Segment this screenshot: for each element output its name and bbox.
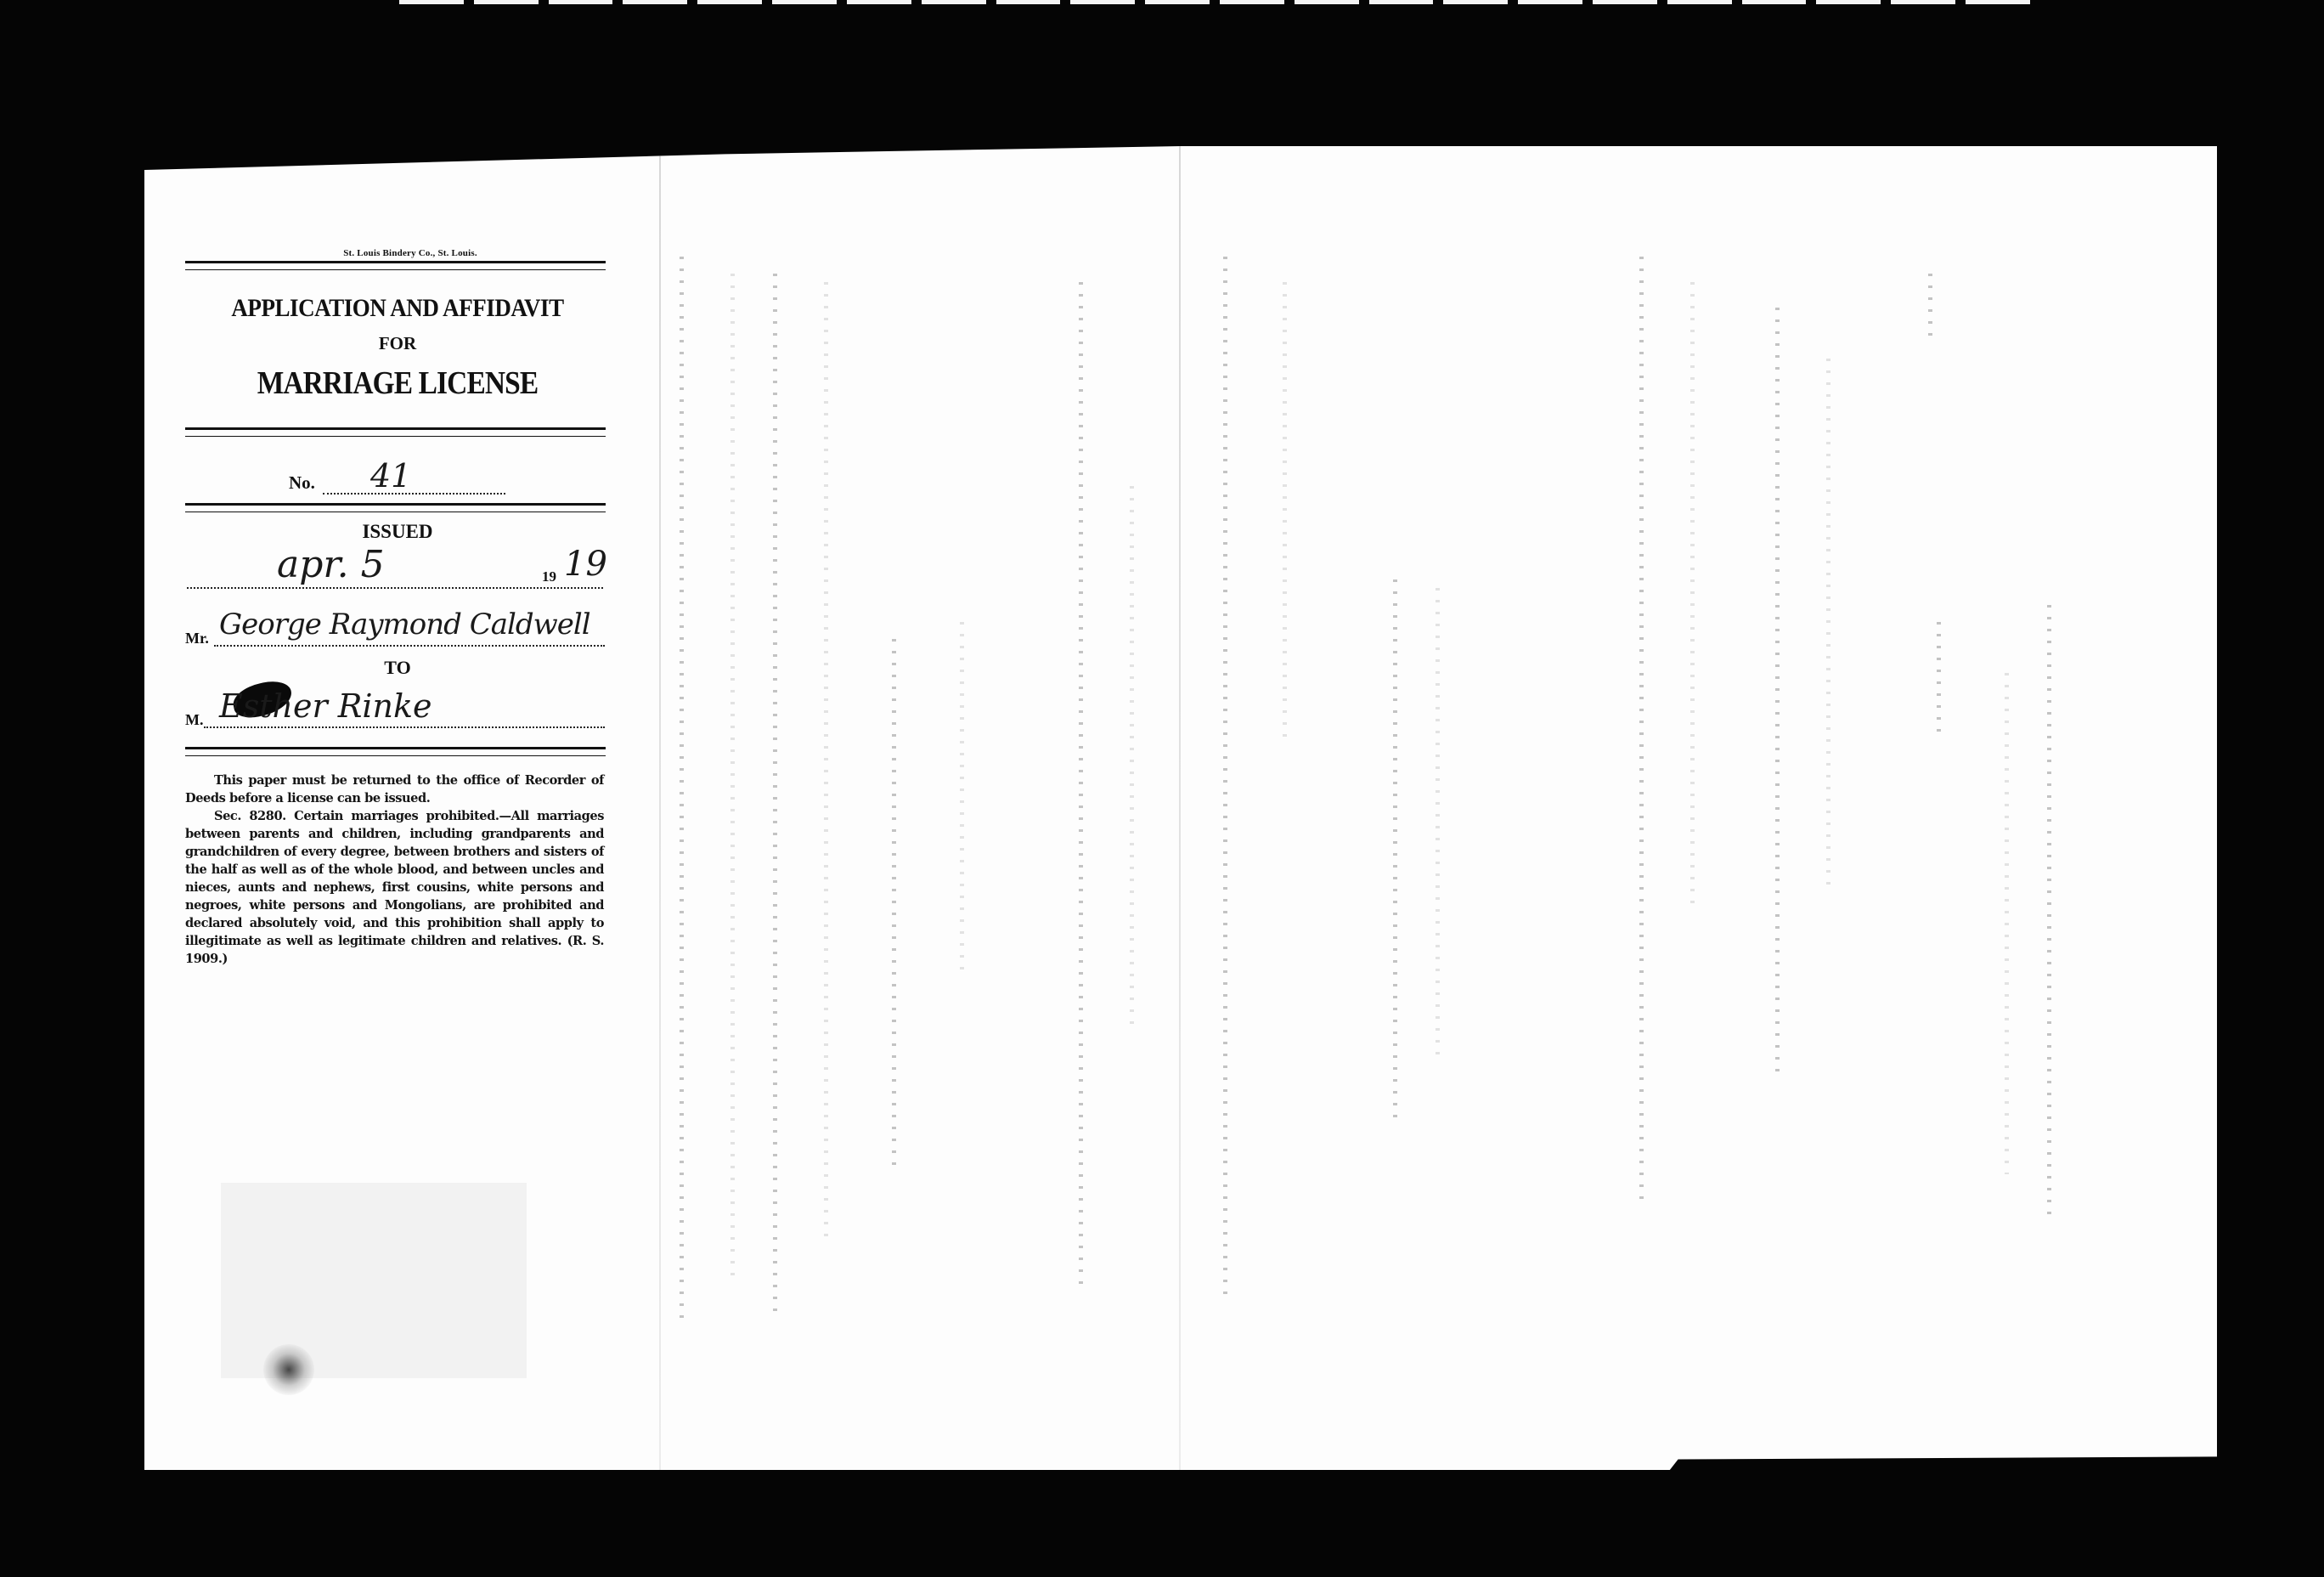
fold-line (1179, 146, 1181, 1470)
issued-date-handwritten: apr. 5 (277, 543, 385, 586)
double-rule (185, 747, 606, 756)
bride-blank-line (204, 726, 605, 728)
groom-blank-line (214, 645, 605, 647)
bride-name-handwritten: Esther Rinke (219, 687, 432, 725)
number-blank-line (323, 493, 505, 495)
license-number-handwritten: 41 (370, 457, 411, 495)
ink-smudge (263, 1344, 314, 1395)
title-marriage-license: MARRIAGE LICENSE (211, 365, 584, 402)
double-rule (185, 503, 606, 512)
groom-name-handwritten: George Raymond Caldwell (219, 608, 590, 642)
scan-top-edge-artifact (399, 0, 2030, 5)
issued-date-row: apr. 5 19 19 (185, 543, 610, 594)
groom-row: Mr. George Raymond Caldwell (185, 602, 610, 653)
title-for: FOR (185, 333, 610, 354)
license-number-row: No. 41 (185, 464, 610, 498)
bride-row: M. Esther Rinke (185, 684, 610, 735)
groom-prefix: Mr. (185, 630, 209, 647)
title-application-affidavit: APPLICATION AND AFFIDAVIT (206, 294, 589, 323)
date-blank-line (187, 587, 603, 589)
to-connector: TO (185, 657, 610, 679)
return-notice: This paper must be returned to the offic… (185, 772, 604, 807)
issued-label: ISSUED (185, 521, 610, 543)
license-cover-panel: St. Louis Bindery Co., St. Louis. APPLIC… (185, 248, 610, 968)
year-prefix: 19 (542, 568, 556, 585)
double-rule (185, 261, 606, 270)
legal-notice: This paper must be returned to the offic… (185, 772, 604, 968)
double-rule (185, 427, 606, 437)
printer-imprint: St. Louis Bindery Co., St. Louis. (211, 248, 610, 258)
scanned-document-sheet: St. Louis Bindery Co., St. Louis. APPLIC… (144, 146, 2217, 1470)
faded-area (221, 1183, 527, 1378)
fold-line (659, 146, 661, 1470)
prohibited-marriages-statute: Sec. 8280. Certain marriages prohibited.… (185, 807, 604, 968)
number-label: No. (289, 472, 315, 494)
year-handwritten: 19 (564, 545, 607, 584)
bride-prefix: M. (185, 711, 204, 729)
